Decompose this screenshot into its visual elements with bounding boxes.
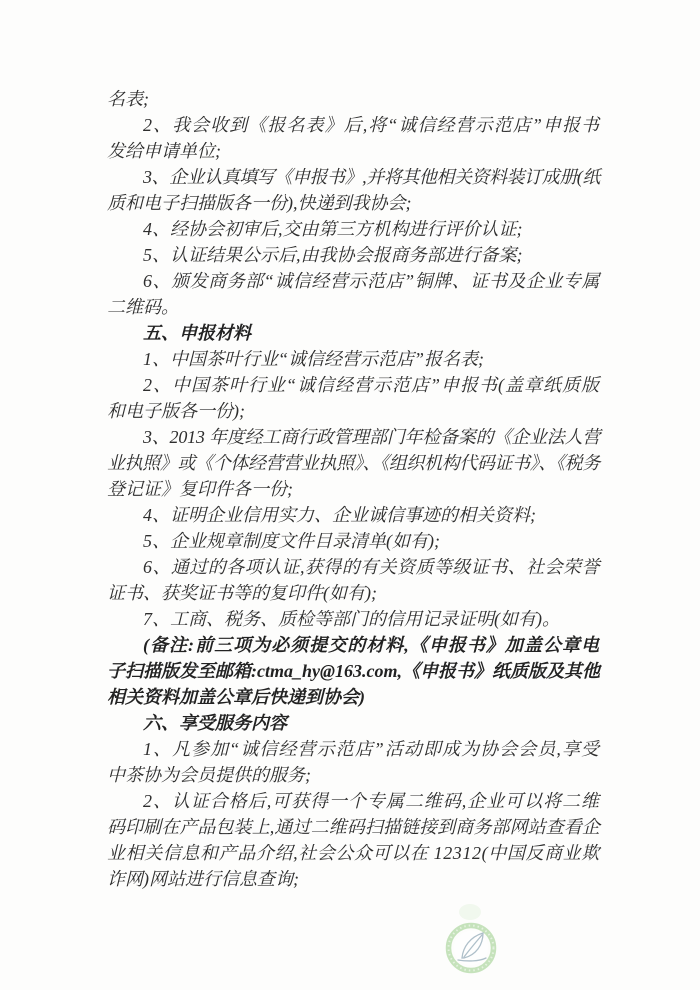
text-line: 码印刷在产品包装上,通过二维码扫描链接到商务部网站查看企 bbox=[107, 814, 600, 840]
text-line: 业相关信息和产品介绍,社会公众可以在 12312(中国反商业欺 bbox=[107, 840, 600, 866]
text-line: 2、认证合格后,可获得一个专属二维码,企业可以将二维 bbox=[107, 788, 600, 814]
text-line: 质和电子扫描版各一份),快递到我协会; bbox=[107, 190, 600, 216]
text-line: 6、颁发商务部“诚信经营示范店”铜牌、证书及企业专属 bbox=[107, 268, 600, 294]
text-line: 二维码。 bbox=[107, 294, 600, 320]
text-line: 证书、获奖证书等的复印件(如有); bbox=[107, 580, 600, 606]
text-line: 名表; bbox=[107, 86, 600, 112]
text-line: 发给申请单位; bbox=[107, 138, 600, 164]
text-line: 业执照》或《个体经营营业执照》、《组织机构代码证书》、《税务 bbox=[107, 450, 600, 476]
text-line: 3、2013 年度经工商行政管理部门年检备案的《企业法人营 bbox=[107, 424, 600, 450]
text-line: 中茶协为会员提供的服务; bbox=[107, 762, 600, 788]
text-line: 登记证》复印件各一份; bbox=[107, 476, 600, 502]
document-content: 名表;2、我会收到《报名表》后,将“诚信经营示范店”申报书发给申请单位;3、企业… bbox=[107, 86, 600, 892]
text-line: 1、凡参加“诚信经营示范店”活动即成为协会会员,享受 bbox=[107, 736, 600, 762]
text-line: (备注:前三项为必须提交的材料,《申报书》加盖公章电 bbox=[107, 632, 600, 658]
scanned-document-page: 名表;2、我会收到《报名表》后,将“诚信经营示范店”申报书发给申请单位;3、企业… bbox=[0, 0, 700, 990]
text-line: 3、企业认真填写《申报书》,并将其他相关资料装订成册(纸 bbox=[107, 164, 600, 190]
text-line: 5、认证结果公示后,由我协会报商务部进行备案; bbox=[107, 242, 600, 268]
text-line: 7、工商、税务、质检等部门的信用记录证明(如有)。 bbox=[107, 606, 600, 632]
text-line: 2、我会收到《报名表》后,将“诚信经营示范店”申报书 bbox=[107, 112, 600, 138]
text-line: 子扫描版发至邮箱:ctma_hy@163.com,《申报书》纸质版及其他 bbox=[107, 658, 600, 684]
text-line: 1、中国茶叶行业“诚信经营示范店”报名表; bbox=[107, 346, 600, 372]
text-line: 和电子版各一份); bbox=[107, 398, 600, 424]
text-line: 4、证明企业信用实力、企业诚信事迹的相关资料; bbox=[107, 502, 600, 528]
leaf-seal-watermark bbox=[437, 898, 507, 990]
text-line: 相关资料加盖公章后快递到协会) bbox=[107, 684, 600, 710]
text-line: 6、通过的各项认证,获得的有关资质等级证书、社会荣誉 bbox=[107, 554, 600, 580]
section-heading: 六、享受服务内容 bbox=[107, 710, 600, 736]
text-line: 4、经协会初审后,交由第三方机构进行评价认证; bbox=[107, 216, 600, 242]
text-line: 诈网)网站进行信息查询; bbox=[107, 866, 600, 892]
seal-smudge bbox=[459, 904, 481, 920]
section-heading: 五、申报材料 bbox=[107, 320, 600, 346]
text-line: 2、中国茶叶行业“诚信经营示范店”申报书(盖章纸质版 bbox=[107, 372, 600, 398]
text-line: 5、企业规章制度文件目录清单(如有); bbox=[107, 528, 600, 554]
